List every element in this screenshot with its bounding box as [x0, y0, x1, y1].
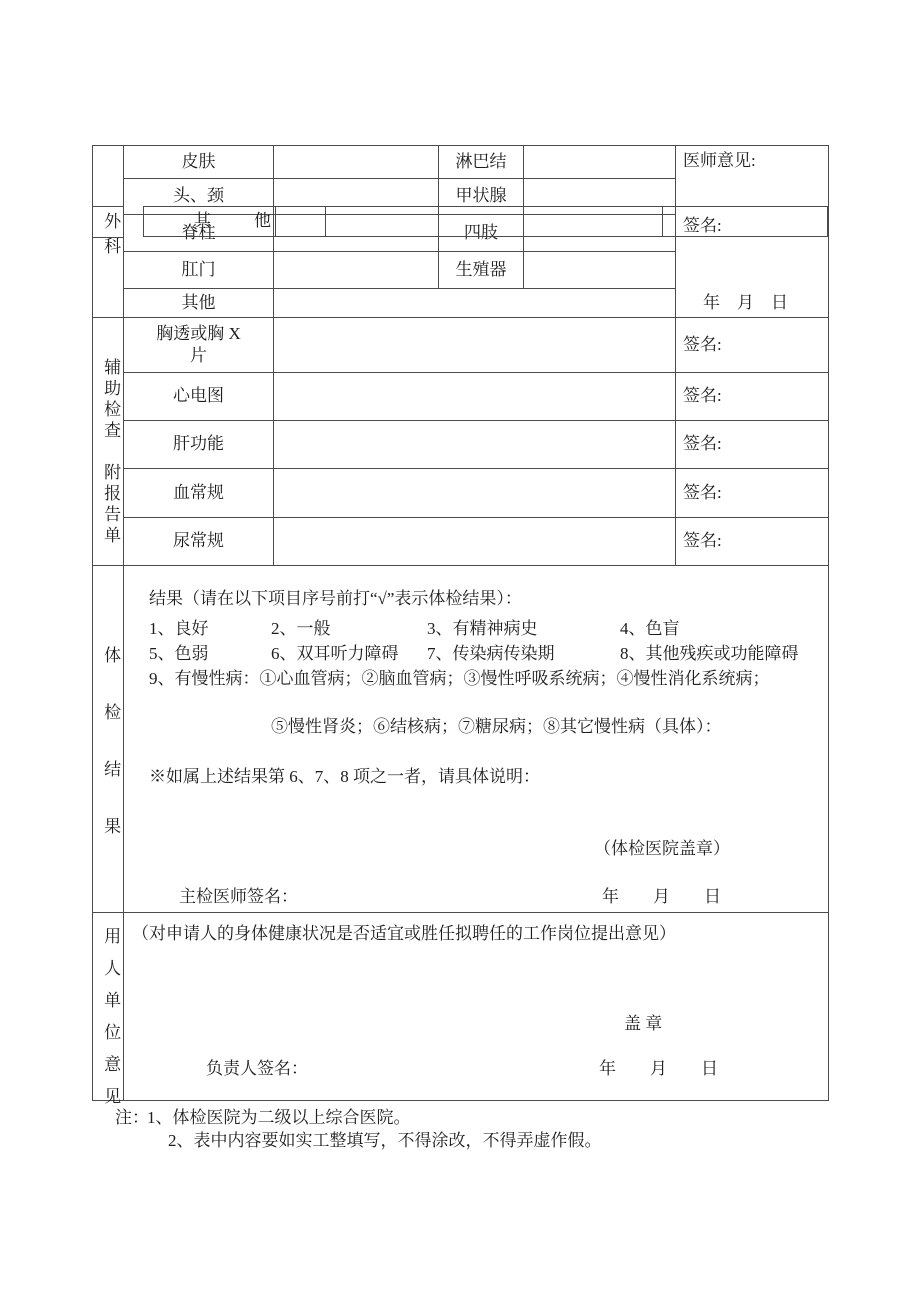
- floating-other-char2: 他: [254, 210, 271, 232]
- surgery-section-label: 外科: [99, 212, 121, 262]
- result-option-3: 3、有精神病史: [427, 618, 538, 640]
- exam-item-lymph-nodes: 淋巴结: [439, 146, 524, 179]
- result-content-cell: 结果（请在以下项目序号前打“√”表示体检结果）： 1、良好 2、一般 3、有精神…: [124, 566, 829, 913]
- exam-value-genitals: [524, 252, 676, 289]
- notes-line2: 2、表中内容要如实工整填写，不得涂改，不得弄虚作假。: [168, 1130, 602, 1152]
- date-label: 年 月 日: [703, 292, 788, 314]
- overlay-divider: [675, 207, 676, 236]
- signature-label: 签名:: [683, 385, 722, 407]
- exam-value-other: [274, 289, 676, 318]
- exam-item-anus: 肛门: [124, 252, 274, 289]
- aux-value-chest-xray: [274, 318, 676, 373]
- exam-item-ecg: 心电图: [124, 373, 274, 421]
- exam-item-genitals: 生殖器: [439, 252, 524, 289]
- surgery-section-cell: 外科: [93, 146, 124, 318]
- artifact-line: [93, 206, 123, 207]
- employer-instruction: （对申请人的身体健康状况是否适宜或胜任拟聘任的工作岗位提出意见）: [132, 923, 676, 945]
- auxiliary-section-cell: 辅助检查 附报告单: [93, 318, 124, 566]
- exam-item-urine-routine: 尿常规: [124, 518, 274, 566]
- result-option-8: 8、其他残疾或功能障碍: [620, 643, 799, 665]
- signature-cell-ecg: 签名:: [676, 373, 829, 421]
- notes-prefix: 注：: [115, 1107, 149, 1129]
- exam-item-liver-function: 肝功能: [124, 421, 274, 469]
- overlay-divider: [325, 207, 326, 236]
- signature-label: 签名:: [683, 433, 722, 455]
- exam-item-chest-xray-line2: 片: [190, 345, 207, 367]
- signature-cell-blood-routine: 签名:: [676, 469, 829, 518]
- chief-doctor-signature-label: 主检医师签名：: [179, 886, 298, 908]
- doctor-opinion-label: 医师意见:: [683, 150, 756, 172]
- employer-seal-label: 盖 章: [624, 1013, 662, 1035]
- exam-value-skin: [274, 146, 439, 179]
- result-section-cell: 体检结果: [93, 566, 124, 913]
- signature-cell-urine-routine: 签名:: [676, 518, 829, 566]
- signature-label: 签名:: [683, 334, 722, 356]
- result-option-4: 4、色盲: [620, 618, 680, 640]
- overlay-divider: [275, 207, 276, 236]
- signature-cell-chest-xray: 签名:: [676, 318, 829, 373]
- result-explain-note: ※如属上述结果第 6、7、8 项之一者，请具体说明：: [149, 766, 540, 788]
- result-chronic-continued: ⑤慢性肾炎；⑥结核病；⑦糖尿病；⑧其它慢性病（具体）：: [271, 716, 722, 738]
- notes-line1: 1、体检医院为二级以上综合医院。: [147, 1107, 411, 1129]
- signature-cell-liver-function: 签名:: [676, 421, 829, 469]
- exam-item-skin: 皮肤: [124, 146, 274, 179]
- signature-label: 签名:: [683, 530, 722, 552]
- aux-value-liver-function: [274, 421, 676, 469]
- overlay-divider: [662, 207, 663, 236]
- result-option-5: 5、色弱: [149, 643, 209, 665]
- responsible-signature-label: 负责人签名：: [206, 1058, 308, 1080]
- exam-value-lymph-nodes: [524, 146, 676, 179]
- employer-section-cell: 用人单位意见: [93, 913, 124, 1101]
- exam-item-chest-xray-line1: 胸透或胸 X: [156, 323, 241, 345]
- exam-item-chest-xray: 胸透或胸 X 片: [124, 318, 274, 373]
- aux-value-urine-routine: [274, 518, 676, 566]
- signature-label: 签名:: [683, 482, 722, 504]
- aux-value-blood-routine: [274, 469, 676, 518]
- result-option-6: 6、双耳听力障碍: [271, 643, 399, 665]
- result-intro: 结果（请在以下项目序号前打“√”表示体检结果）：: [149, 588, 522, 610]
- result-section-label: 体检结果: [99, 646, 121, 874]
- aux-value-ecg: [274, 373, 676, 421]
- exam-item-other: 其他: [124, 289, 274, 318]
- result-option-9-chronic: 9、有慢性病：①心血管病；②脑血管病；③慢性呼吸系统病；④慢性消化系统病；: [149, 668, 770, 690]
- result-option-2: 2、一般: [271, 618, 331, 640]
- employer-section-label: 用人单位意见: [99, 927, 121, 1119]
- result-option-7: 7、传染病传染期: [427, 643, 555, 665]
- floating-other-row: 其 他: [143, 206, 828, 237]
- date-label: 年 月 日: [599, 1058, 718, 1080]
- floating-other-char1: 其: [194, 210, 211, 232]
- document-page: 外科 皮肤 淋巴结 医师意见: 签名: 年 月 日 头、颈 甲状腺 脊柱 四肢 …: [0, 0, 920, 1302]
- employer-content-cell: （对申请人的身体健康状况是否适宜或胜任拟聘任的工作岗位提出意见） 盖 章 负责人…: [124, 913, 829, 1101]
- hospital-seal-label: （体检医院盖章）: [594, 838, 730, 860]
- medical-exam-table: 外科 皮肤 淋巴结 医师意见: 签名: 年 月 日 头、颈 甲状腺 脊柱 四肢 …: [92, 145, 829, 1101]
- result-option-1: 1、良好: [149, 618, 209, 640]
- exam-item-blood-routine: 血常规: [124, 469, 274, 518]
- exam-value-anus: [274, 252, 439, 289]
- auxiliary-section-label: 辅助检查 附报告单: [99, 358, 121, 547]
- date-label: 年 月 日: [602, 886, 721, 908]
